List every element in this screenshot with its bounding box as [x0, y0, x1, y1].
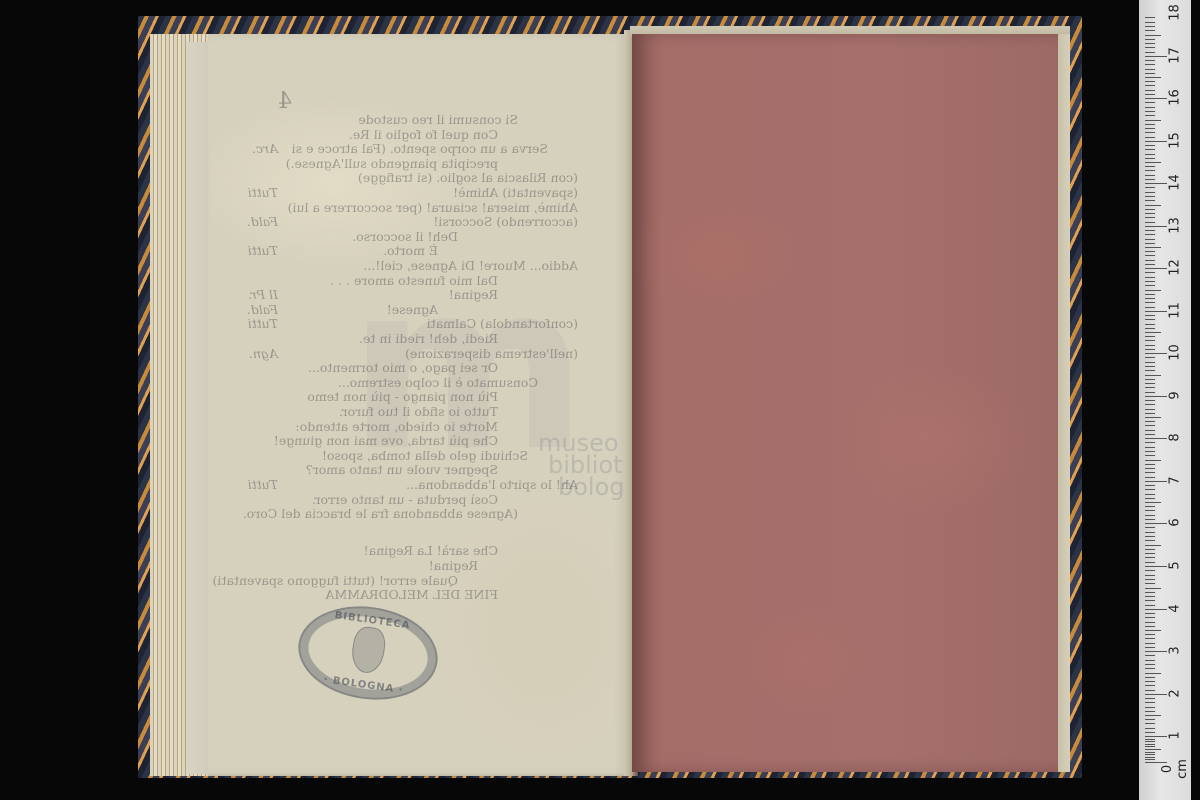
ruler-tick: [1145, 370, 1155, 371]
speaker-label: Tutti: [248, 477, 278, 494]
ruler-tick: [1145, 47, 1155, 48]
ruler-tick: [1145, 664, 1155, 665]
ruler-tick: [1145, 447, 1155, 448]
ruler-tick: [1145, 77, 1161, 78]
ruler-label: 17: [1168, 44, 1183, 68]
ruler-tick: [1145, 205, 1161, 206]
ruler-tick: [1145, 375, 1161, 376]
ruler-tick: [1145, 324, 1155, 325]
ruler-tick: [1145, 196, 1155, 197]
ruler-tick: [1145, 540, 1155, 541]
ruler-tick: [1145, 192, 1155, 193]
ruler-label: 2: [1168, 682, 1183, 706]
ruler-label: 15: [1168, 129, 1183, 153]
ruler-tick: [1145, 626, 1155, 627]
ruler-tick: [1145, 251, 1155, 252]
ruler-tick: [1145, 158, 1155, 159]
line-text: Riedi, deh! riedi in te.: [359, 331, 498, 346]
ruler-tick: [1145, 527, 1155, 528]
ruler-label: 5: [1168, 554, 1183, 578]
ruler-tick: [1145, 255, 1155, 256]
ruler-tick: [1145, 707, 1155, 708]
ruler-label: 10: [1168, 341, 1183, 365]
ruler-tick: [1145, 694, 1167, 695]
ruler-tick: [1145, 681, 1155, 682]
line-text: Regina!: [429, 558, 478, 573]
ruler-tick: [1145, 752, 1155, 753]
ruler-tick: [1145, 268, 1167, 269]
ruler-tick: [1145, 183, 1167, 184]
ruler-tick: [1145, 438, 1167, 439]
ruler-tick: [1145, 425, 1155, 426]
line-text: Ahimè, misera! sciaura! (per soccorrere …: [288, 200, 578, 215]
ruler-label: 12: [1168, 256, 1183, 280]
ruler-tick: [1145, 302, 1155, 303]
ruler-tick: [1145, 741, 1155, 742]
ruler-tick: [1145, 230, 1155, 231]
ruler-tick: [1145, 43, 1155, 44]
ruler-tick: [1145, 200, 1155, 201]
ruler-tick: [1145, 562, 1155, 563]
ruler-tick: [1145, 404, 1155, 405]
ruler-tick: [1145, 489, 1155, 490]
ruler-tick: [1145, 217, 1155, 218]
speaker-label: Arc.: [252, 141, 278, 158]
ruler-tick: [1145, 596, 1155, 597]
ruler-tick: [1145, 613, 1155, 614]
ruler-tick: [1145, 409, 1155, 410]
line-text: Ah! lo spirto l'abbandona...: [406, 477, 578, 492]
ruler-tick: [1145, 379, 1155, 380]
right-page-edge: [1058, 34, 1070, 772]
line-text: Quale error! (tutti fuggono spaventati): [213, 573, 458, 588]
ruler-tick: [1145, 570, 1155, 571]
ruler-tick: [1145, 387, 1155, 388]
ruler-tick: [1145, 383, 1155, 384]
ruler-tick: [1145, 307, 1155, 308]
show-through-line: FINE DEL MELODRAMMA: [325, 587, 498, 604]
ruler-tick: [1145, 715, 1161, 716]
ruler-tick: [1145, 673, 1161, 674]
ruler-tick: [1145, 744, 1155, 745]
ruler-tick: [1145, 609, 1167, 610]
line-text: (confortandola) Calmati: [427, 316, 578, 331]
ruler-tick: [1145, 353, 1167, 354]
ruler-tick: [1145, 579, 1155, 580]
ruler-label: 4: [1168, 597, 1183, 621]
line-text: Serva a un corpo spento. (Fal atroce e s…: [292, 141, 548, 156]
ruler-tick: [1145, 736, 1167, 737]
line-text: (spaventati) Ahimè!: [453, 185, 578, 200]
ruler-tick: [1145, 583, 1155, 584]
ruler-tick: [1145, 723, 1155, 724]
ruler-tick: [1145, 175, 1155, 176]
line-text: (con Rilascia al soglio. (si trafigge): [358, 170, 578, 185]
ruler-tick: [1145, 532, 1155, 533]
ruler-tick: [1145, 575, 1155, 576]
line-text: Deh! il soccorso.: [352, 229, 458, 244]
ruler-tick: [1145, 247, 1161, 248]
ruler-tick: [1145, 137, 1155, 138]
ruler-tick: [1145, 668, 1155, 669]
ruler-tick: [1145, 128, 1155, 129]
line-text: Che sarà! La Regina!: [364, 543, 498, 558]
ruler-tick: [1145, 549, 1155, 550]
ruler-tick: [1145, 170, 1155, 171]
ruler-tick: [1145, 434, 1155, 435]
ruler-tick: [1145, 234, 1155, 235]
ruler-tick: [1145, 69, 1155, 70]
ruler-tick: [1145, 553, 1155, 554]
ruler-tick: [1145, 566, 1167, 567]
centimeter-ruler: 0 cm123456789101112131415161718: [1139, 0, 1191, 800]
ruler-tick: [1145, 647, 1155, 648]
ruler-tick: [1145, 60, 1155, 61]
line-text: Agnese!: [387, 302, 438, 317]
ruler-tick: [1145, 557, 1155, 558]
ruler-tick: [1145, 85, 1155, 86]
ruler-tick: [1145, 728, 1155, 729]
ruler-tick: [1145, 213, 1155, 214]
line-text: Or sei pago, o mio tormento...: [308, 360, 498, 375]
ruler-label: 0 cm: [1160, 757, 1190, 781]
ruler-tick: [1145, 145, 1155, 146]
ruler-tick: [1145, 711, 1155, 712]
ruler-tick: [1145, 239, 1155, 240]
show-through-line: Regina!Il Pr.: [449, 287, 498, 304]
ruler-tick: [1145, 111, 1155, 112]
ruler-tick: [1145, 732, 1155, 733]
ruler-label: 3: [1168, 639, 1183, 663]
ruler-tick: [1145, 264, 1155, 265]
ruler-tick: [1145, 468, 1155, 469]
ruler-tick: [1145, 677, 1155, 678]
ruler-tick: [1145, 124, 1155, 125]
ruler-tick: [1145, 651, 1167, 652]
ruler-label: 1: [1168, 724, 1183, 748]
ruler-tick: [1145, 502, 1161, 503]
ruler-tick: [1145, 519, 1155, 520]
ruler-tick: [1145, 26, 1155, 27]
line-text: Tutto io sfido il tuo furor.: [339, 404, 498, 419]
ruler-tick: [1145, 315, 1155, 316]
speaker-label: Tutti: [248, 243, 278, 260]
line-text: È morto.: [383, 243, 438, 258]
ruler-tick: [1145, 481, 1167, 482]
ruler-tick: [1145, 52, 1155, 53]
line-text: (accorrendo) Soccorsi!: [433, 214, 578, 229]
line-text: Più non piango - più non temo: [307, 389, 498, 404]
speaker-label: Agn.: [249, 346, 278, 363]
ruler-tick: [1145, 243, 1155, 244]
show-through-line: (Agnese abbandona fra le braccia del Cor…: [243, 506, 518, 523]
ruler-tick: [1145, 345, 1155, 346]
left-page: m museo biblioteca bologna 4 Si consumi …: [208, 34, 628, 776]
right-endpaper: [632, 34, 1060, 772]
ruler-tick: [1145, 485, 1155, 486]
line-text: Spegner vuole un tanto amor?: [306, 462, 498, 477]
ruler-label: 14: [1168, 171, 1183, 195]
ruler-tick: [1145, 179, 1155, 180]
ruler-tick: [1145, 94, 1155, 95]
ruler-tick: [1145, 494, 1155, 495]
speaker-label: Tutti: [248, 185, 278, 202]
speaker-label: Tutti: [248, 316, 278, 333]
ruler-tick: [1145, 430, 1155, 431]
line-text: Dal mio funesto amore . . .: [330, 273, 498, 288]
ruler-tick: [1145, 107, 1155, 108]
ruler-tick: [1145, 749, 1161, 750]
ruler-tick: [1145, 272, 1155, 273]
ruler-tick: [1145, 328, 1155, 329]
ruler-tick: [1145, 336, 1155, 337]
ruler-tick: [1145, 739, 1155, 740]
ruler-tick: [1145, 545, 1161, 546]
ruler-tick: [1145, 298, 1155, 299]
ruler-tick: [1145, 311, 1167, 312]
ruler-tick: [1145, 340, 1155, 341]
ruler-tick: [1145, 536, 1155, 537]
ruler-tick: [1145, 154, 1155, 155]
ruler-tick: [1145, 90, 1155, 91]
ruler-tick: [1145, 617, 1155, 618]
ruler-tick: [1145, 455, 1155, 456]
ruler-tick: [1145, 285, 1155, 286]
ruler-tick: [1145, 605, 1155, 606]
ruler-tick: [1145, 281, 1155, 282]
ruler-tick: [1145, 754, 1155, 755]
ruler-tick: [1145, 421, 1155, 422]
ruler-tick: [1145, 622, 1155, 623]
ruler-tick: [1145, 39, 1155, 40]
ruler-label: 8: [1168, 426, 1183, 450]
ruler-tick: [1145, 417, 1161, 418]
ruler-tick: [1145, 451, 1155, 452]
ruler-tick: [1145, 702, 1155, 703]
ruler-tick: [1145, 757, 1155, 758]
ruler-tick: [1145, 464, 1155, 465]
ruler-tick: [1145, 362, 1155, 363]
ruler-tick: [1145, 56, 1167, 57]
ruler-tick: [1145, 477, 1155, 478]
line-text: Addio... Muore! Di Agnese, ciel!...: [363, 258, 578, 273]
ruler-tick: [1145, 187, 1155, 188]
ruler-tick: [1145, 392, 1155, 393]
ruler-tick: [1145, 81, 1155, 82]
line-text: Schiudi gelo della tomba, sposo!: [322, 448, 528, 463]
ruler-tick: [1145, 98, 1167, 99]
ruler-tick: [1145, 290, 1161, 291]
ruler-tick: [1145, 660, 1155, 661]
ruler-tick: [1145, 149, 1155, 150]
ruler-tick: [1145, 719, 1155, 720]
ruler-tick: [1145, 510, 1155, 511]
line-text: Con quel fo foglio il Re.: [349, 127, 498, 142]
ruler-tick: [1145, 102, 1155, 103]
ruler-tick: [1145, 30, 1155, 31]
ruler-tick: [1145, 141, 1167, 142]
line-text: (Agnese abbandona fra le braccia del Cor…: [243, 506, 518, 521]
ruler-tick: [1145, 120, 1161, 121]
ruler-label: 18: [1168, 1, 1183, 25]
ruler-tick: [1145, 498, 1155, 499]
ruler-tick: [1145, 166, 1155, 167]
ruler-tick: [1145, 332, 1161, 333]
ruler-tick: [1145, 349, 1155, 350]
speaker-label: Fald.: [247, 214, 278, 231]
line-text: Così perduta - un tanto error.: [312, 492, 498, 507]
ruler-tick: [1145, 366, 1155, 367]
ruler-tick: [1145, 226, 1167, 227]
ruler-tick: [1145, 260, 1155, 261]
ruler-tick: [1145, 277, 1155, 278]
ruler-tick: [1145, 162, 1161, 163]
ruler-tick: [1145, 209, 1155, 210]
ruler-tick: [1145, 655, 1155, 656]
ruler-tick: [1145, 35, 1161, 36]
line-text: Morte io chiedo, morte attendo:: [295, 419, 498, 434]
line-text: Regina!: [449, 287, 498, 302]
ruler-tick: [1145, 746, 1155, 747]
ruler-tick: [1145, 630, 1161, 631]
line-text: (nell'estrema disperazione): [405, 346, 578, 361]
ruler-tick: [1145, 319, 1155, 320]
ruler-tick: [1145, 115, 1155, 116]
ruler-tick: [1145, 472, 1155, 473]
ruler-tick: [1145, 222, 1155, 223]
ruler-tick: [1145, 400, 1155, 401]
ruler-tick: [1145, 357, 1155, 358]
line-text: Si consumi il reo custode: [358, 112, 518, 127]
ruler-label: 13: [1168, 214, 1183, 238]
ruler-tick: [1145, 592, 1155, 593]
ruler-tick: [1145, 17, 1155, 18]
ruler-tick: [1145, 638, 1155, 639]
ruler-tick: [1145, 634, 1155, 635]
crest-icon: [349, 625, 387, 675]
ruler-tick: [1145, 515, 1155, 516]
ruler-tick: [1145, 643, 1155, 644]
line-text: Che più tarda, ove mai non giunge!: [274, 433, 498, 448]
ruler-label: 9: [1168, 384, 1183, 408]
line-text: Consumato è il colpo estremo...: [338, 375, 538, 390]
ruler-tick: [1145, 523, 1167, 524]
ruler-tick: [1145, 506, 1155, 507]
line-text: precipita piangendo sull'Agnese.): [286, 156, 498, 171]
ruler-tick: [1145, 22, 1155, 23]
ruler-tick: [1145, 460, 1161, 461]
ruler-label: 6: [1168, 511, 1183, 535]
ruler-tick: [1145, 759, 1155, 760]
ruler-tick: [1145, 413, 1155, 414]
ruler-tick: [1145, 685, 1155, 686]
ruler-tick: [1145, 64, 1155, 65]
ruler-tick: [1145, 442, 1155, 443]
ruler-tick: [1145, 690, 1155, 691]
ruler-tick: [1145, 600, 1155, 601]
ruler-tick: [1145, 294, 1155, 295]
ruler-label: 11: [1168, 299, 1183, 323]
ruler-tick: [1145, 132, 1155, 133]
ruler-tick: [1145, 698, 1155, 699]
ruler-tick: [1145, 73, 1155, 74]
ruler-tick: [1145, 588, 1161, 589]
ruler-label: 7: [1168, 469, 1183, 493]
ruler-label: 16: [1168, 86, 1183, 110]
line-text: FINE DEL MELODRAMMA: [325, 587, 498, 602]
ruler-tick: [1145, 396, 1167, 397]
